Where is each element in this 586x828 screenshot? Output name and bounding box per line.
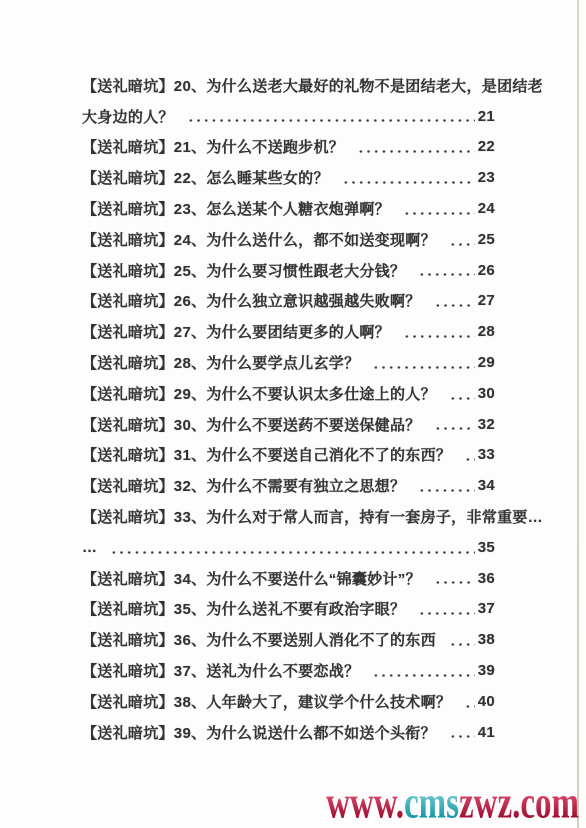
toc-page-number: 34 <box>478 477 495 494</box>
toc-entry-line: 【送礼暗坑】30、为什么不要送药不要送保健品？ 32 <box>82 409 495 440</box>
toc-page-number: 38 <box>478 631 495 648</box>
toc-entry-line: 【送礼暗坑】26、为什么独立意识越强越失败啊？ 27 <box>82 286 495 317</box>
toc-entry-text: 【送礼暗坑】28、为什么要学点儿玄学？ <box>82 352 359 373</box>
toc-entry-line: 【送礼暗坑】22、怎么睡某些女的？ 23 <box>82 162 495 193</box>
toc-entry-text: 【送礼暗坑】20、为什么送老大最好的礼物不是团结老大，是团结老 <box>82 75 543 96</box>
toc-entry-text: 大身边的人？ <box>82 106 174 127</box>
toc-entry-line: 【送礼暗坑】27、为什么要团结更多的人啊？ 28 <box>82 316 495 347</box>
toc-entry-line: 【送礼暗坑】28、为什么要学点儿玄学？ 29 <box>82 347 495 378</box>
toc-dot-leader <box>372 347 474 378</box>
toc-dot-leader <box>403 316 475 347</box>
toc-page-number: 21 <box>478 108 495 125</box>
toc-entry-line: 【送礼暗坑】36、为什么不要送别人消化不了的东西 38 <box>82 624 495 655</box>
toc-entry-text: 【送礼暗坑】39、为什么说送什么都不如送个头衔？ <box>82 722 436 743</box>
toc-dot-leader <box>449 624 475 655</box>
toc-entry-line: … 35 <box>82 532 495 563</box>
toc-entry-text: 【送礼暗坑】26、为什么独立意识越强越失败啊？ <box>82 290 421 311</box>
toc-entry-text: 【送礼暗坑】21、为什么不送跑步机？ <box>82 136 344 157</box>
toc-dot-leader <box>434 563 475 594</box>
toc-entry-line: 【送礼暗坑】35、为什么送礼不要有政治字眼？ 37 <box>82 594 495 625</box>
toc-entry-text: 【送礼暗坑】29、为什么不要认识太多仕途上的人？ <box>82 383 436 404</box>
toc-page-number: 30 <box>478 385 495 402</box>
toc-entry-text: 【送礼暗坑】36、为什么不要送别人消化不了的东西 <box>82 629 436 650</box>
toc-dot-leader <box>372 655 474 686</box>
toc-dot-leader <box>464 440 475 471</box>
table-of-contents: 【送礼暗坑】20、为什么送老大最好的礼物不是团结老大，是团结老 大身边的人？ 2… <box>82 70 495 748</box>
toc-entry-text: 【送礼暗坑】24、为什么送什么，都不如送变现啊？ <box>82 229 436 250</box>
toc-page-number: 40 <box>478 693 495 710</box>
toc-entry-text: 【送礼暗坑】23、怎么送某个人糖衣炮弹啊？ <box>82 198 390 219</box>
watermark-suffix: zwz.com <box>459 779 579 828</box>
toc-entry-text: 【送礼暗坑】30、为什么不要送药不要送保健品？ <box>82 414 421 435</box>
toc-entry-line: 大身边的人？ 21 <box>82 101 495 132</box>
toc-entry-line: 【送礼暗坑】24、为什么送什么，都不如送变现啊？ 25 <box>82 224 495 255</box>
toc-dot-leader <box>449 224 475 255</box>
toc-dot-leader <box>434 286 475 317</box>
toc-page-number: 36 <box>478 570 495 587</box>
toc-page-number: 24 <box>478 200 495 217</box>
toc-entry-line: 【送礼暗坑】31、为什么不要送自己消化不了的东西？ 33 <box>82 440 495 471</box>
page-edge-line <box>577 0 579 828</box>
toc-page-number: 33 <box>478 446 495 463</box>
toc-dot-leader <box>464 686 475 717</box>
watermark-prefix: www. <box>326 779 404 828</box>
toc-dot-leader <box>403 193 475 224</box>
toc-entry-line: 【送礼暗坑】20、为什么送老大最好的礼物不是团结老大，是团结老 <box>82 70 495 101</box>
toc-page-number: 22 <box>478 138 495 155</box>
toc-dot-leader <box>418 470 474 501</box>
toc-entry-text: 【送礼暗坑】38、人年龄大了，建议学个什么技术啊？ <box>82 691 451 712</box>
toc-dot-leader <box>418 255 474 286</box>
toc-entry-line: 【送礼暗坑】25、为什么要习惯性跟老大分钱？ 26 <box>82 255 495 286</box>
toc-page-number: 41 <box>478 724 495 741</box>
toc-entry-line: 【送礼暗坑】37、送礼为什么不要恋战？ 39 <box>82 655 495 686</box>
toc-entry-line: 【送礼暗坑】39、为什么说送什么都不如送个头衔？ 41 <box>82 717 495 748</box>
toc-page-number: 35 <box>478 539 495 556</box>
toc-entry-line: 【送礼暗坑】38、人年龄大了，建议学个什么技术啊？ 40 <box>82 686 495 717</box>
toc-entry-line: 【送礼暗坑】34、为什么不要送什么“锦囊妙计”？ 36 <box>82 563 495 594</box>
toc-entry-text: … <box>82 539 97 556</box>
toc-dot-leader <box>449 378 475 409</box>
toc-page-number: 25 <box>478 231 495 248</box>
toc-entry-text: 【送礼暗坑】35、为什么送礼不要有政治字眼？ <box>82 598 405 619</box>
toc-page-number: 39 <box>478 662 495 679</box>
toc-page-number: 29 <box>478 354 495 371</box>
toc-entry-text: 【送礼暗坑】33、为什么对于常人而言，持有一套房子，非常重要… <box>82 506 543 527</box>
toc-entry-text: 【送礼暗坑】37、送礼为什么不要恋战？ <box>82 660 359 681</box>
toc-entry-line: 【送礼暗坑】23、怎么送某个人糖衣炮弹啊？ 24 <box>82 193 495 224</box>
toc-page-number: 37 <box>478 600 495 617</box>
toc-dot-leader <box>110 532 474 563</box>
document-page: 【送礼暗坑】20、为什么送老大最好的礼物不是团结老大，是团结老 大身边的人？ 2… <box>0 0 586 828</box>
toc-entry-text: 【送礼暗坑】27、为什么要团结更多的人啊？ <box>82 321 390 342</box>
toc-entry-text: 【送礼暗坑】22、怎么睡某些女的？ <box>82 167 329 188</box>
toc-page-number: 32 <box>478 416 495 433</box>
toc-entry-line: 【送礼暗坑】21、为什么不送跑步机？ 22 <box>82 132 495 163</box>
toc-page-number: 23 <box>478 169 495 186</box>
toc-dot-leader <box>357 132 475 163</box>
toc-dot-leader <box>342 162 475 193</box>
watermark-highlight: cms <box>404 779 459 828</box>
toc-page-number: 27 <box>478 292 495 309</box>
toc-page-number: 26 <box>478 262 495 279</box>
toc-dot-leader <box>434 409 475 440</box>
toc-entry-line: 【送礼暗坑】32、为什么不需要有独立之思想？ 34 <box>82 470 495 501</box>
toc-dot-leader <box>418 594 474 625</box>
toc-entry-line: 【送礼暗坑】33、为什么对于常人而言，持有一套房子，非常重要… <box>82 501 495 532</box>
toc-dot-leader <box>449 717 475 748</box>
toc-dot-leader <box>187 101 475 132</box>
toc-entry-line: 【送礼暗坑】29、为什么不要认识太多仕途上的人？ 30 <box>82 378 495 409</box>
toc-entry-text: 【送礼暗坑】32、为什么不需要有独立之思想？ <box>82 475 405 496</box>
toc-entry-text: 【送礼暗坑】31、为什么不要送自己消化不了的东西？ <box>82 444 451 465</box>
toc-entry-text: 【送礼暗坑】25、为什么要习惯性跟老大分钱？ <box>82 260 405 281</box>
toc-page-number: 28 <box>478 323 495 340</box>
toc-entry-text: 【送礼暗坑】34、为什么不要送什么“锦囊妙计”？ <box>82 568 421 589</box>
watermark-url: www.cmszwz.com <box>326 781 579 827</box>
